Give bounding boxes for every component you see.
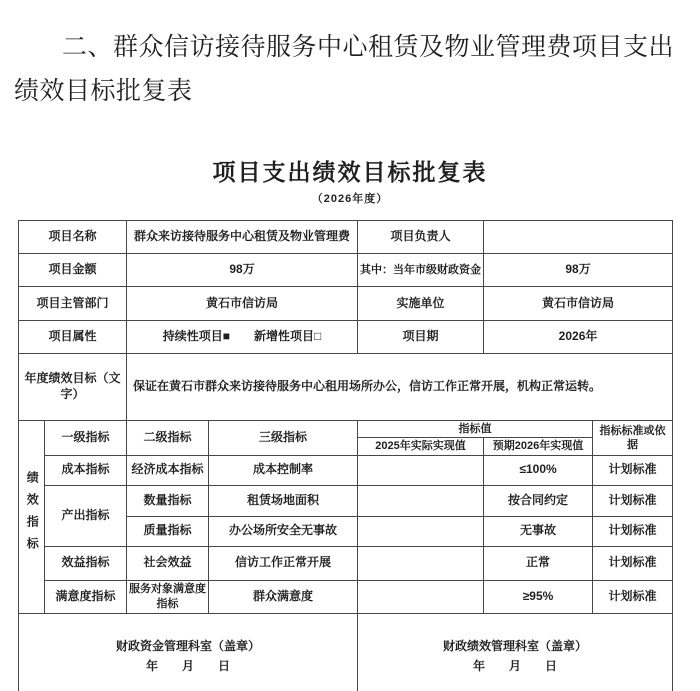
quantity-indicator-standard: 计划标准	[593, 485, 673, 516]
satisfaction-indicator-standard: 计划标准	[593, 580, 673, 613]
document-page: { "colors": { "text": "#1f1f1f", "border…	[0, 0, 700, 691]
section-heading-line2: 绩效目标批复表	[14, 70, 686, 114]
table-row: 项目属性 持续性项目■ 新增性项目□ 项目期 2026年	[19, 321, 673, 354]
quantity-indicator-level2: 数量指标	[127, 485, 209, 516]
city-fiscal-fund-label: 其中：当年市级财政资金	[358, 254, 484, 287]
expected-2026-header: 预期2026年实现值	[484, 438, 593, 455]
fiscal-fund-office-label: 财政资金管理科室（盖章）	[21, 636, 355, 656]
annual-goal-text: 保证在黄石市群众来访接待服务中心租用场所办公，信访工作正常开展，机构正常运转。	[127, 354, 673, 421]
satisfaction-indicator-level1: 满意度指标	[45, 580, 127, 613]
quantity-indicator-2025-value	[358, 485, 484, 516]
competent-department-value: 黄石市信访局	[127, 287, 358, 321]
table-row: 项目名称 群众来访接待服务中心租赁及物业管理费 项目负责人	[19, 221, 673, 254]
project-attribute-value: 持续性项目■ 新增性项目□	[127, 321, 358, 354]
implementing-unit-label: 实施单位	[358, 287, 484, 321]
cost-indicator-level2: 经济成本指标	[127, 455, 209, 485]
satisfaction-indicator-2025-value	[358, 580, 484, 613]
benefit-indicator-level2: 社会效益	[127, 546, 209, 580]
implementing-unit-value: 黄石市信访局	[484, 287, 673, 321]
fiscal-performance-office-label: 财政绩效管理科室（盖章）	[360, 636, 670, 656]
performance-indicator-side-label: 绩效指标	[19, 421, 45, 614]
quality-indicator-standard: 计划标准	[593, 516, 673, 546]
project-period-value: 2026年	[484, 321, 673, 354]
indicator-value-group-header: 指标值	[358, 421, 593, 438]
project-name-value: 群众来访接待服务中心租赁及物业管理费	[127, 221, 358, 254]
project-leader-label: 项目负责人	[358, 221, 484, 254]
cost-indicator-level1: 成本指标	[45, 455, 127, 485]
cost-indicator-level3: 成本控制率	[209, 455, 358, 485]
section-heading: 二、群众信访接待服务中心租赁及物业管理费项目支出 绩效目标批复表	[14, 26, 686, 114]
benefit-indicator-level1: 效益指标	[45, 546, 127, 580]
table-row: 项目主管部门 黄石市信访局 实施单位 黄石市信访局	[19, 287, 673, 321]
project-amount-value: 98万	[127, 254, 358, 287]
benefit-indicator-2026-value: 正常	[484, 546, 593, 580]
benefit-indicator-level3: 信访工作正常开展	[209, 546, 358, 580]
signature-row: 财政资金管理科室（盖章） 年 月 日 财政绩效管理科室（盖章） 年 月 日	[19, 613, 673, 691]
indicator-row-quantity: 产出指标 数量指标 租赁场地面积 按合同约定 计划标准	[19, 485, 673, 516]
cost-indicator-2025-value	[358, 455, 484, 485]
quantity-indicator-2026-value: 按合同约定	[484, 485, 593, 516]
project-period-label: 项目期	[358, 321, 484, 354]
indicator-row-cost: 成本指标 经济成本指标 成本控制率 ≤100% 计划标准	[19, 455, 673, 485]
level3-indicator-header: 三级指标	[209, 421, 358, 456]
quantity-indicator-level3: 租赁场地面积	[209, 485, 358, 516]
benefit-indicator-2025-value	[358, 546, 484, 580]
satisfaction-indicator-level3: 群众满意度	[209, 580, 358, 613]
indicator-row-benefit: 效益指标 社会效益 信访工作正常开展 正常 计划标准	[19, 546, 673, 580]
section-heading-line1: 二、群众信访接待服务中心租赁及物业管理费项目支出	[14, 26, 686, 70]
quality-indicator-level3: 办公场所安全无事故	[209, 516, 358, 546]
output-indicator-level1: 产出指标	[45, 485, 127, 546]
performance-target-table: 项目名称 群众来访接待服务中心租赁及物业管理费 项目负责人 项目金额 98万 其…	[18, 220, 673, 691]
table-row: 项目金额 98万 其中：当年市级财政资金 98万	[19, 254, 673, 287]
project-leader-value	[484, 221, 673, 254]
indicator-standard-header: 指标标准或依据	[593, 421, 673, 456]
project-name-label: 项目名称	[19, 221, 127, 254]
indicator-header-row: 绩效指标 一级指标 二级指标 三级指标 指标值 指标标准或依据	[19, 421, 673, 438]
signature-cell-fiscal-fund-office: 财政资金管理科室（盖章） 年 月 日	[19, 613, 358, 691]
indicator-row-satisfaction: 满意度指标 服务对象满意度指标 群众满意度 ≥95% 计划标准	[19, 580, 673, 613]
annual-goal-label: 年度绩效目标（文字）	[19, 354, 127, 421]
project-amount-label: 项目金额	[19, 254, 127, 287]
form-subtitle-year: （2026年度）	[0, 190, 700, 206]
fiscal-fund-office-date-line: 年 月 日	[21, 656, 355, 676]
performance-indicator-side-text: 绩效指标	[24, 471, 40, 559]
quality-indicator-2026-value: 无事故	[484, 516, 593, 546]
signature-cell-fiscal-performance-office: 财政绩效管理科室（盖章） 年 月 日	[358, 613, 673, 691]
satisfaction-indicator-level2: 服务对象满意度指标	[127, 580, 209, 613]
competent-department-label: 项目主管部门	[19, 287, 127, 321]
project-attribute-label: 项目属性	[19, 321, 127, 354]
quality-indicator-2025-value	[358, 516, 484, 546]
level1-indicator-header: 一级指标	[45, 421, 127, 456]
cost-indicator-2026-value: ≤100%	[484, 455, 593, 485]
satisfaction-indicator-2026-value: ≥95%	[484, 580, 593, 613]
quality-indicator-level2: 质量指标	[127, 516, 209, 546]
fiscal-performance-office-date-line: 年 月 日	[360, 656, 670, 676]
level2-indicator-header: 二级指标	[127, 421, 209, 456]
cost-indicator-standard: 计划标准	[593, 455, 673, 485]
table-row: 年度绩效目标（文字） 保证在黄石市群众来访接待服务中心租用场所办公，信访工作正常…	[19, 354, 673, 421]
form-title-block: 项目支出绩效目标批复表 （2026年度）	[0, 154, 700, 206]
form-title: 项目支出绩效目标批复表	[0, 154, 700, 187]
city-fiscal-fund-value: 98万	[484, 254, 673, 287]
actual-2025-header: 2025年实际实现值	[358, 438, 484, 455]
benefit-indicator-standard: 计划标准	[593, 546, 673, 580]
